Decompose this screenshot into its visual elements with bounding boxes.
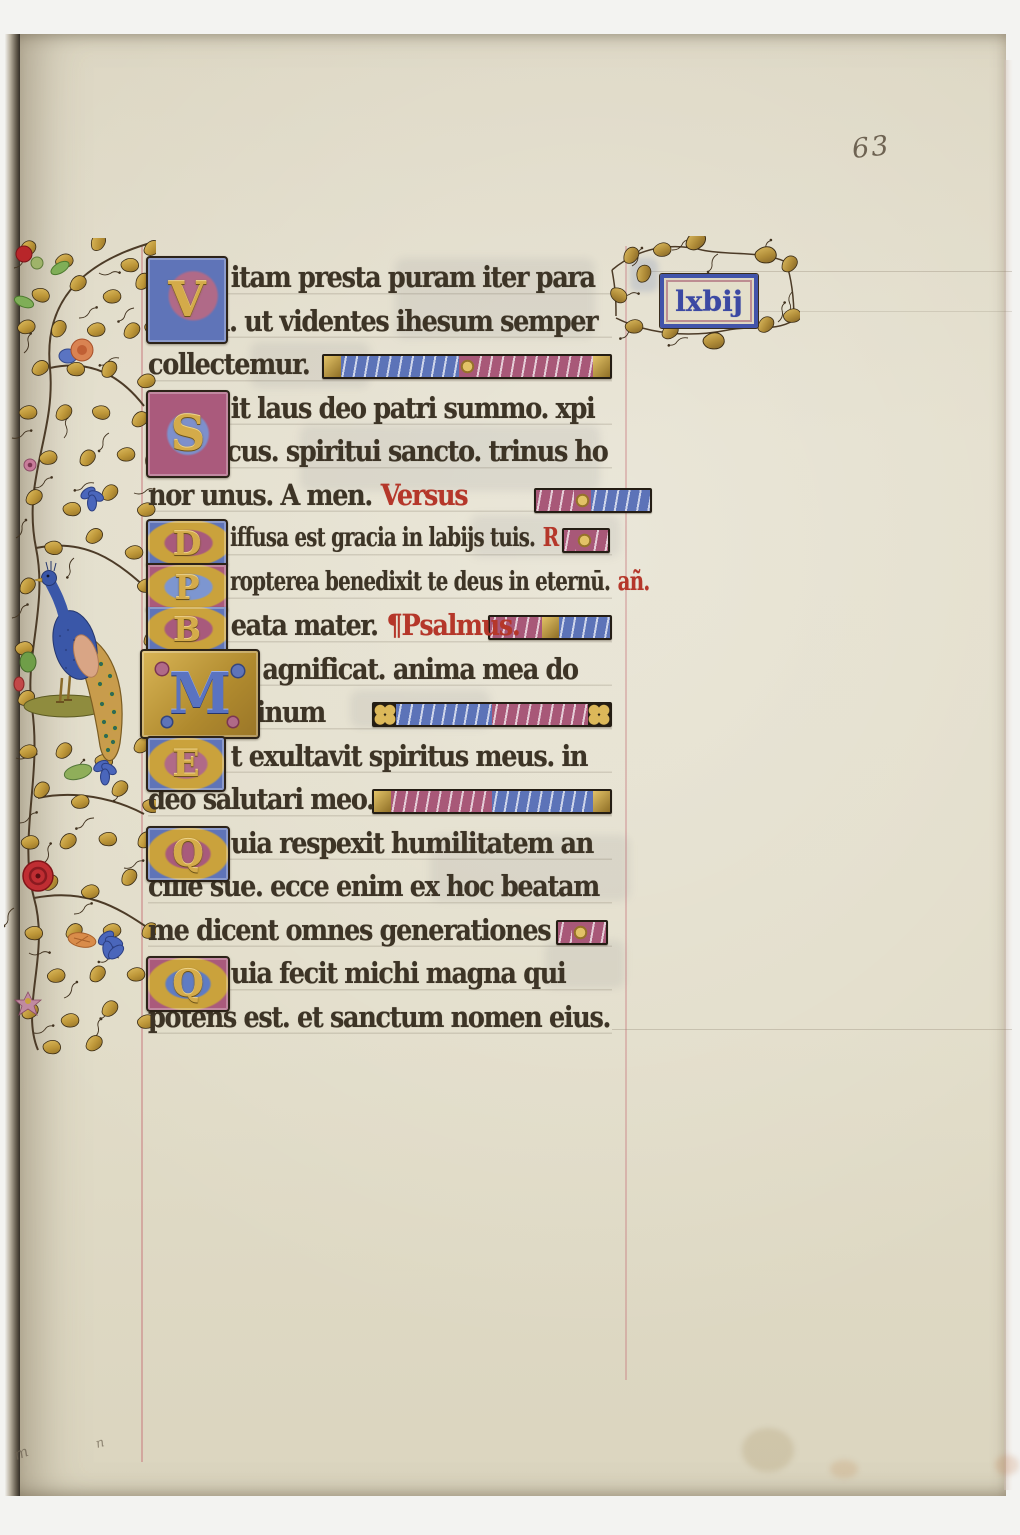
rose-segment [391, 791, 492, 812]
gold-dot [459, 356, 476, 377]
azure-segment [341, 356, 459, 377]
rose-segment [564, 530, 576, 551]
gold-dot [574, 490, 591, 511]
illuminated-initial-P: P [146, 563, 228, 611]
stain [830, 1460, 858, 1478]
gold-end [542, 617, 559, 638]
line-filler [562, 528, 610, 553]
manuscript-line: me dicent omnes generationes [148, 909, 550, 953]
rubric: ¶Psalmus. [387, 608, 520, 642]
gold-dot [572, 922, 589, 943]
gold-quatrefoil [374, 704, 396, 725]
rose-segment [492, 704, 588, 725]
gold-end [593, 791, 610, 812]
azure-segment [396, 704, 492, 725]
illuminated-initial-Q2: Q [146, 956, 230, 1012]
gold-end [374, 791, 391, 812]
rose-segment [476, 356, 594, 377]
illuminated-initial-Q: Q [146, 826, 230, 882]
illuminated-initial-S: S [146, 390, 230, 478]
flower-dot [228, 717, 238, 727]
quire-mark-label: lxbij [675, 285, 743, 318]
illuminated-border [4, 238, 156, 1058]
line-filler [534, 488, 652, 513]
azure-segment [591, 490, 650, 511]
page-right-edge [1004, 60, 1013, 1490]
line-filler [372, 702, 612, 727]
line-filler [372, 789, 612, 814]
manuscript-photo: lxbij 63 itam [0, 0, 1020, 1535]
azure-segment [492, 791, 593, 812]
flower-dot [232, 665, 244, 677]
ruling-line [625, 246, 627, 1380]
gold-dot [576, 530, 593, 551]
rubric: añ. [618, 567, 650, 597]
gold-end [593, 356, 610, 377]
flower-dot [162, 717, 172, 727]
pencil-folio-number: 63 [850, 130, 891, 165]
rubric: Versus [381, 478, 468, 512]
illuminated-initial-E: E [146, 736, 226, 792]
rubric: R [543, 523, 559, 553]
stain [995, 1455, 1019, 1475]
rose-segment [536, 490, 574, 511]
stain [742, 1428, 794, 1472]
illuminated-initial-V: V [146, 256, 228, 344]
gold-end [324, 356, 341, 377]
azure-segment [559, 617, 610, 638]
line-filler [322, 354, 612, 379]
flower-dot [156, 663, 168, 675]
gold-quatrefoil [588, 704, 610, 725]
illuminated-initial-M: M [140, 649, 260, 739]
quire-mark-box: lxbij [660, 274, 758, 328]
rose-segment [589, 922, 606, 943]
ruling-line [612, 1029, 1012, 1030]
rose-segment [558, 922, 572, 943]
line-filler [556, 920, 608, 945]
manuscript-line: nor unus. A men.Versus [148, 474, 467, 518]
illuminated-initial-D: D [146, 519, 228, 565]
rose-segment [593, 530, 608, 551]
manuscript-line: collectemur. [148, 343, 309, 387]
illuminated-initial-B: B [146, 607, 228, 653]
